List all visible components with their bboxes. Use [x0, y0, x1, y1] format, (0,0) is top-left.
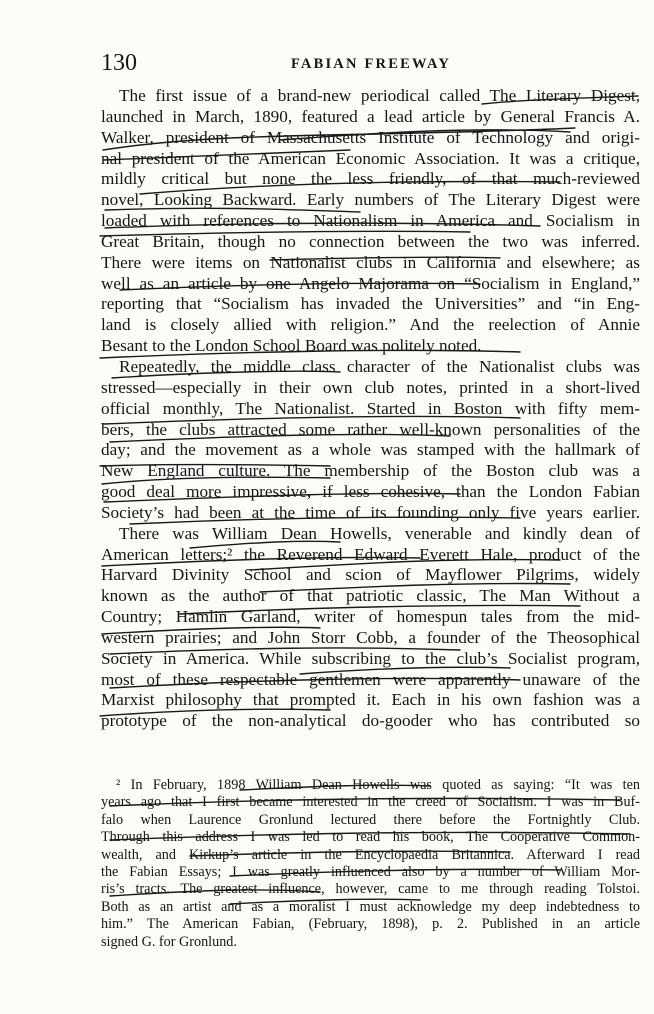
- footnote-line: him.” The American Fabian, (February, 18…: [101, 916, 640, 933]
- footnote-line: the Fabian Essays; I was greatly influen…: [101, 864, 640, 881]
- text-line: prototype of the non-analytical do-goode…: [101, 711, 640, 732]
- text-line: good deal more impressive, if less cohes…: [101, 482, 640, 503]
- text-line: official monthly, The Nationalist. Start…: [101, 399, 640, 420]
- text-line: Country; Hamlin Garland, writer of homes…: [101, 607, 640, 628]
- text-line: loaded with references to Nationalism in…: [101, 211, 640, 232]
- text-line: There were items on Nationalist clubs in…: [101, 253, 640, 274]
- text-line: most of these respectable gentlemen were…: [101, 670, 640, 691]
- book-page: 130 FABIAN FREEWAY The first issue of a …: [0, 0, 654, 1014]
- footnote-line: signed G. for Gronlund.: [101, 934, 640, 951]
- text-line: American letters;² the Reverend Edward E…: [101, 545, 640, 566]
- footnote: ² In February, 1898 William Dean Howells…: [101, 777, 640, 951]
- footnote-line: falo when Laurence Gronlund lectured the…: [101, 812, 640, 829]
- footnote-line: ris’s tracts. The greatest influence, ho…: [101, 881, 640, 898]
- text-line: Repeatedly, the middle class character o…: [101, 357, 640, 378]
- footnote-line: ² In February, 1898 William Dean Howells…: [101, 777, 640, 794]
- text-line: land is closely allied with religion.” A…: [101, 315, 640, 336]
- text-line: Society’s had been at the time of its fo…: [101, 503, 640, 524]
- footnote-line: wealth, and Kirkup’s article in the Ency…: [101, 847, 640, 864]
- text-line: known as the author of that patriotic cl…: [101, 586, 640, 607]
- text-line: well as an article by one Angelo Majoram…: [101, 274, 640, 295]
- text-line: Society in America. While subscribing to…: [101, 649, 640, 670]
- text-line: Harvard Divinity School and scion of May…: [101, 565, 640, 586]
- running-head: 130 FABIAN FREEWAY: [101, 50, 641, 78]
- text-line: mildly critical but none the less friend…: [101, 169, 640, 190]
- text-line: reporting that “Socialism has invaded th…: [101, 294, 640, 315]
- text-line: launched in March, 1890, featured a lead…: [101, 107, 640, 128]
- text-line: Walker, president of Massachusetts Insti…: [101, 128, 640, 149]
- text-line: The first issue of a brand-new periodica…: [101, 86, 640, 107]
- footnote-line: years ago that I first became interested…: [101, 794, 640, 811]
- text-line: day; and the movement as a whole was sta…: [101, 440, 640, 461]
- text-line: There was William Dean Howells, venerabl…: [101, 524, 640, 545]
- text-line: bers, the clubs attracted some rather we…: [101, 420, 640, 441]
- text-line: western prairies; and John Storr Cobb, a…: [101, 628, 640, 649]
- text-line: Marxist philosophy that prompted it. Eac…: [101, 690, 640, 711]
- running-title: FABIAN FREEWAY: [101, 56, 641, 73]
- text-line: Besant to the London School Board was po…: [101, 336, 640, 357]
- body-text: The first issue of a brand-new periodica…: [101, 86, 640, 732]
- text-line: Great Britain, though no connection betw…: [101, 232, 640, 253]
- text-line: New England culture. The membership of t…: [101, 461, 640, 482]
- text-line: novel, Looking Backward. Early numbers o…: [101, 190, 640, 211]
- footnote-line: Through this address I was led to read h…: [101, 829, 640, 846]
- text-line: nal president of the American Economic A…: [101, 149, 640, 170]
- footnote-line: Both as an artist and as a moralist I mu…: [101, 899, 640, 916]
- text-line: stressed—especially in their own club no…: [101, 378, 640, 399]
